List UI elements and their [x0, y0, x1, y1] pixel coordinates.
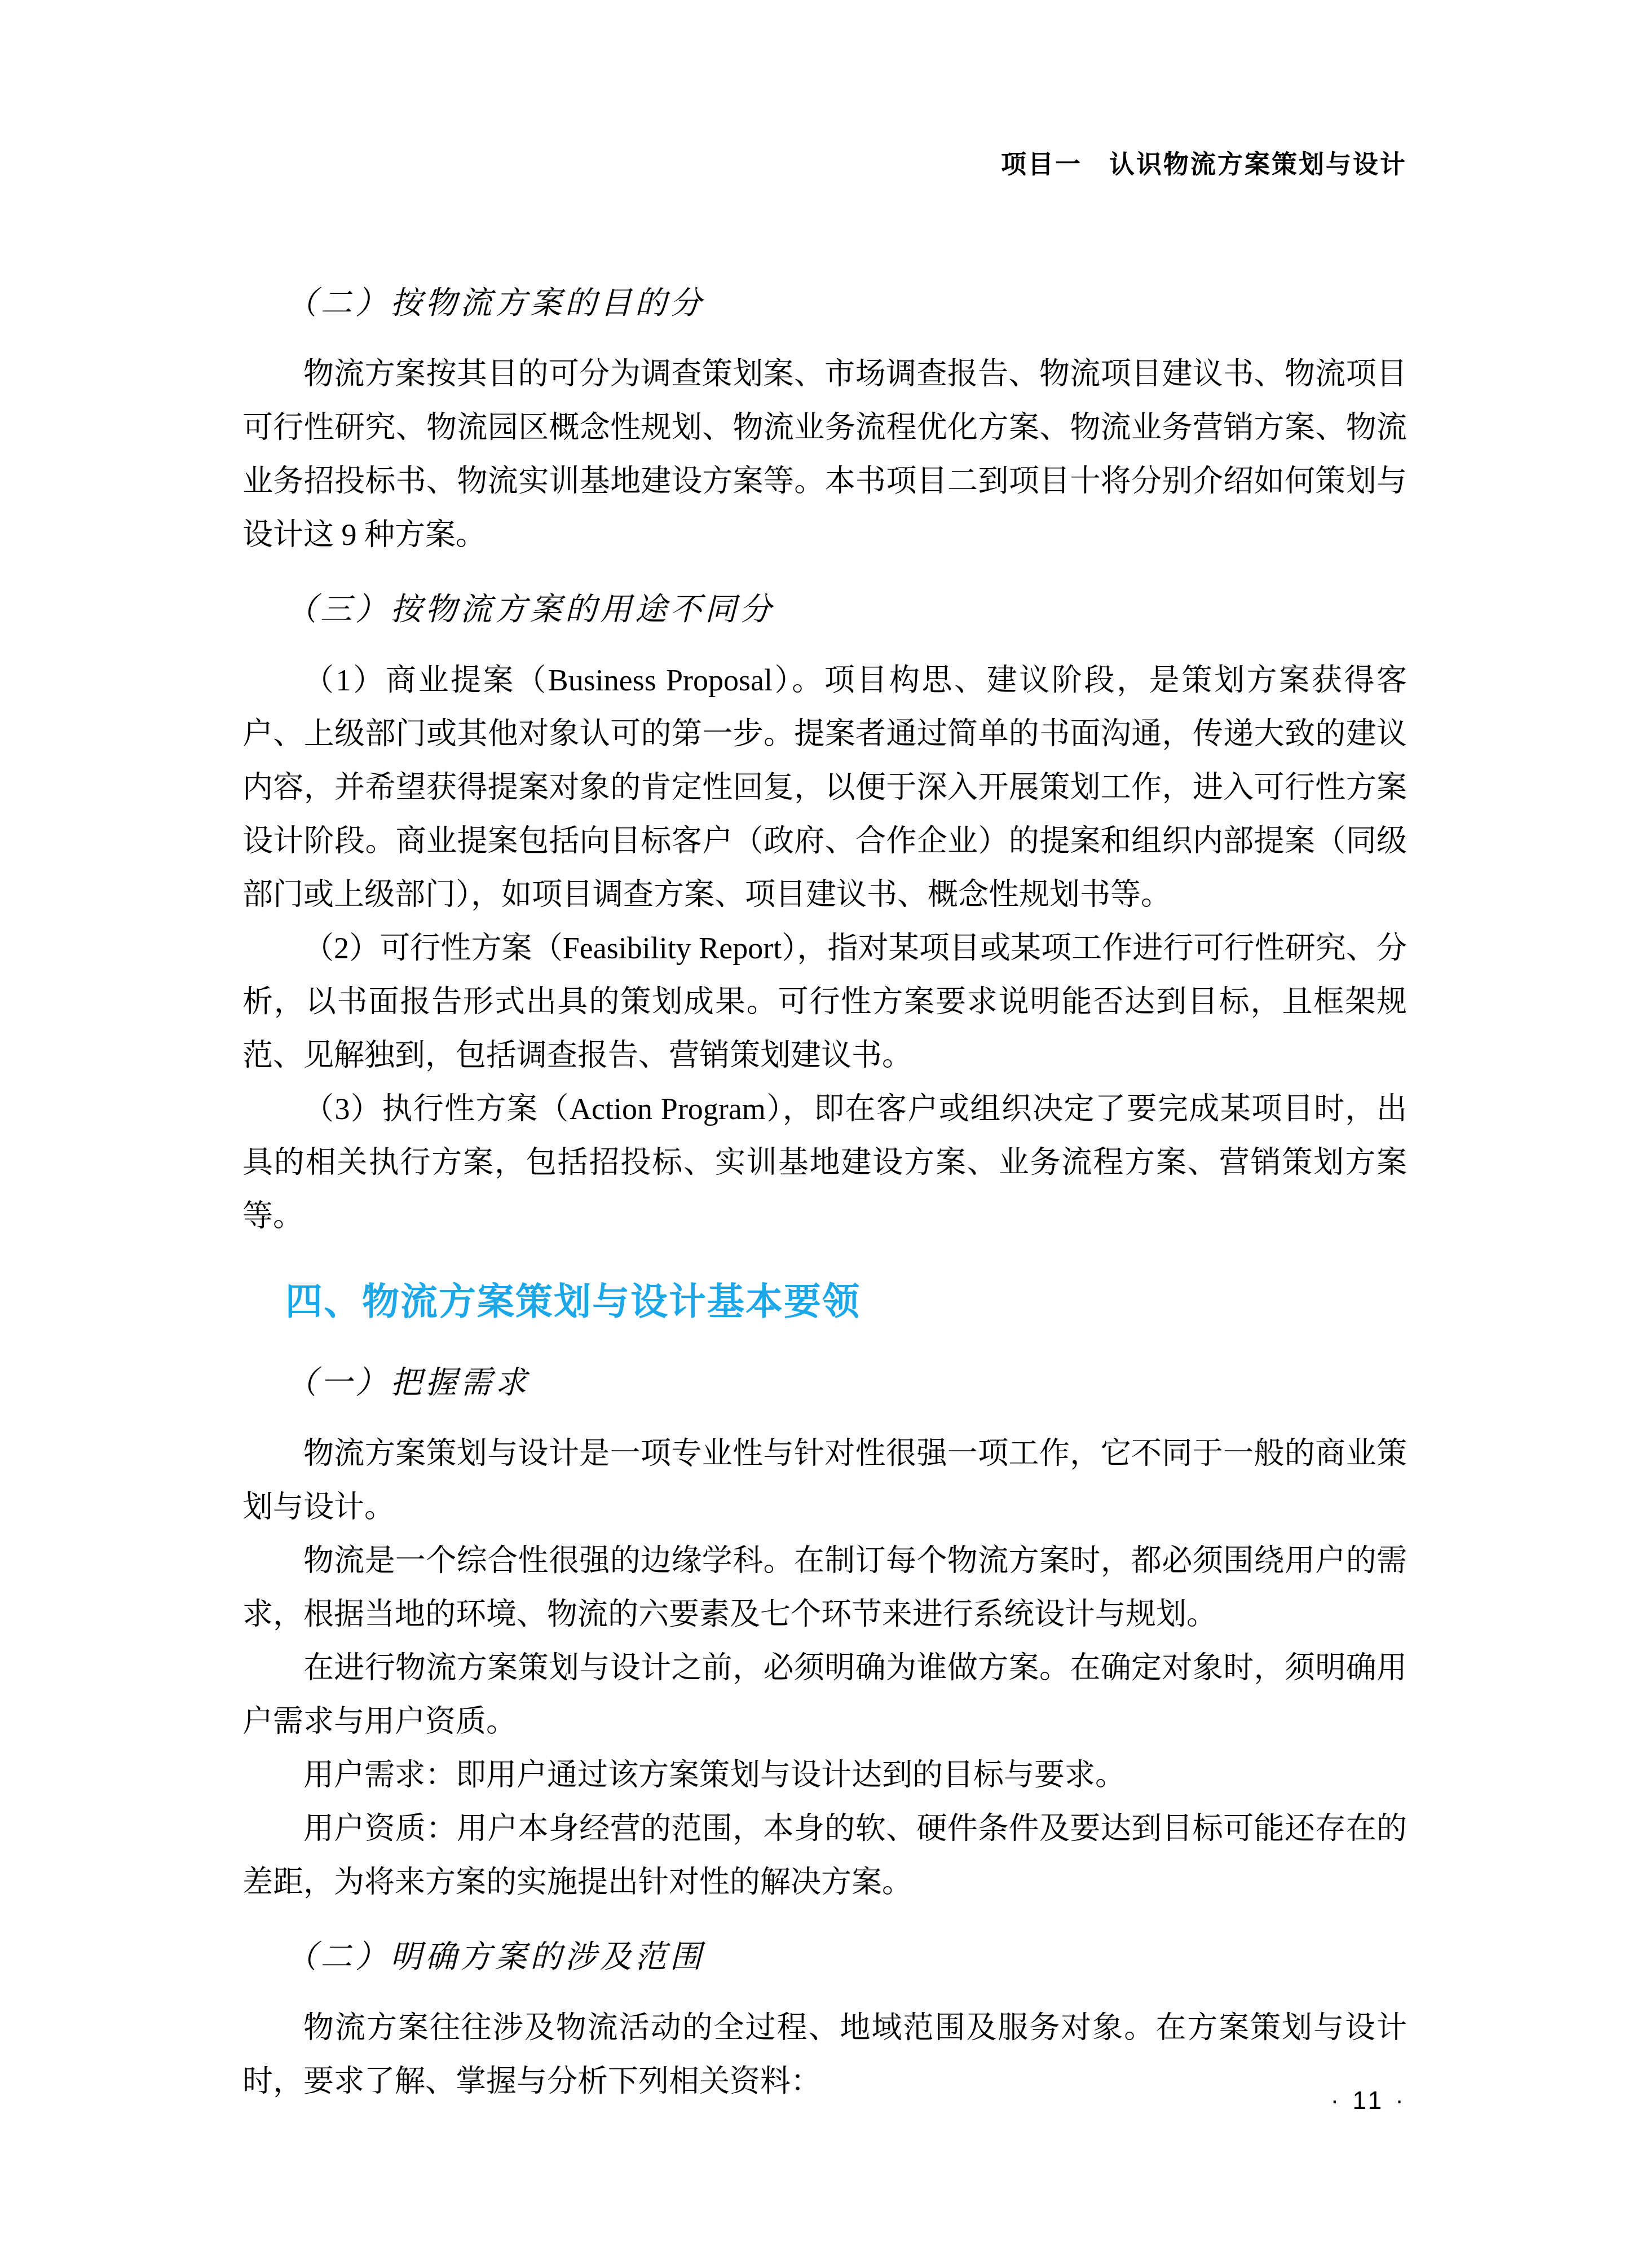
heading-essentials: 四、物流方案策划与设计基本要领 — [242, 1279, 1407, 1324]
heading-scope: （二）明确方案的涉及范围 — [242, 1939, 1407, 1976]
page-content: （二）按物流方案的目的分 物流方案按其目的可分为调查策划案、市场调查报告、物流项… — [242, 285, 1407, 2108]
paragraph-grasp-2: 物流是一个综合性很强的边缘学科。在制订每个物流方案时，都必须围绕用户的需求，根据… — [242, 1534, 1407, 1641]
paragraph-by-purpose: 物流方案按其目的可分为调查策划案、市场调查报告、物流项目建议书、物流项目可行性研… — [242, 347, 1407, 562]
paragraph-feasibility-report: （2）可行性方案（Feasibility Report），指对某项目或某项工作进… — [242, 922, 1407, 1082]
page-number: · 11 · — [1331, 2087, 1407, 2115]
paragraph-business-proposal: （1）商业提案（Business Proposal）。项目构思、建议阶段，是策划… — [242, 654, 1407, 922]
paragraph-grasp-3: 在进行物流方案策划与设计之前，必须明确为谁做方案。在确定对象时，须明确用户需求与… — [242, 1641, 1407, 1749]
paragraph-action-program: （3）执行性方案（Action Program），即在客户或组织决定了要完成某项… — [242, 1082, 1407, 1243]
heading-by-use: （三）按物流方案的用途不同分 — [242, 591, 1407, 629]
heading-by-purpose: （二）按物流方案的目的分 — [242, 285, 1407, 323]
book-page: 项目一 认识物流方案策划与设计 （二）按物流方案的目的分 物流方案按其目的可分为… — [0, 0, 1628, 2268]
heading-grasp-demand: （一）把握需求 — [242, 1364, 1407, 1402]
running-header: 项目一 认识物流方案策划与设计 — [242, 150, 1407, 179]
paragraph-user-qualification: 用户资质：用户本身经营的范围，本身的软、硬件条件及要达到目标可能还存在的差距，为… — [242, 1802, 1407, 1909]
paragraph-scope: 物流方案往往涉及物流活动的全过程、地域范围及服务对象。在方案策划与设计时，要求了… — [242, 2001, 1407, 2108]
paragraph-grasp-1: 物流方案策划与设计是一项专业性与针对性很强一项工作，它不同于一般的商业策划与设计… — [242, 1427, 1407, 1534]
paragraph-user-demand: 用户需求：即用户通过该方案策划与设计达到的目标与要求。 — [242, 1749, 1407, 1802]
